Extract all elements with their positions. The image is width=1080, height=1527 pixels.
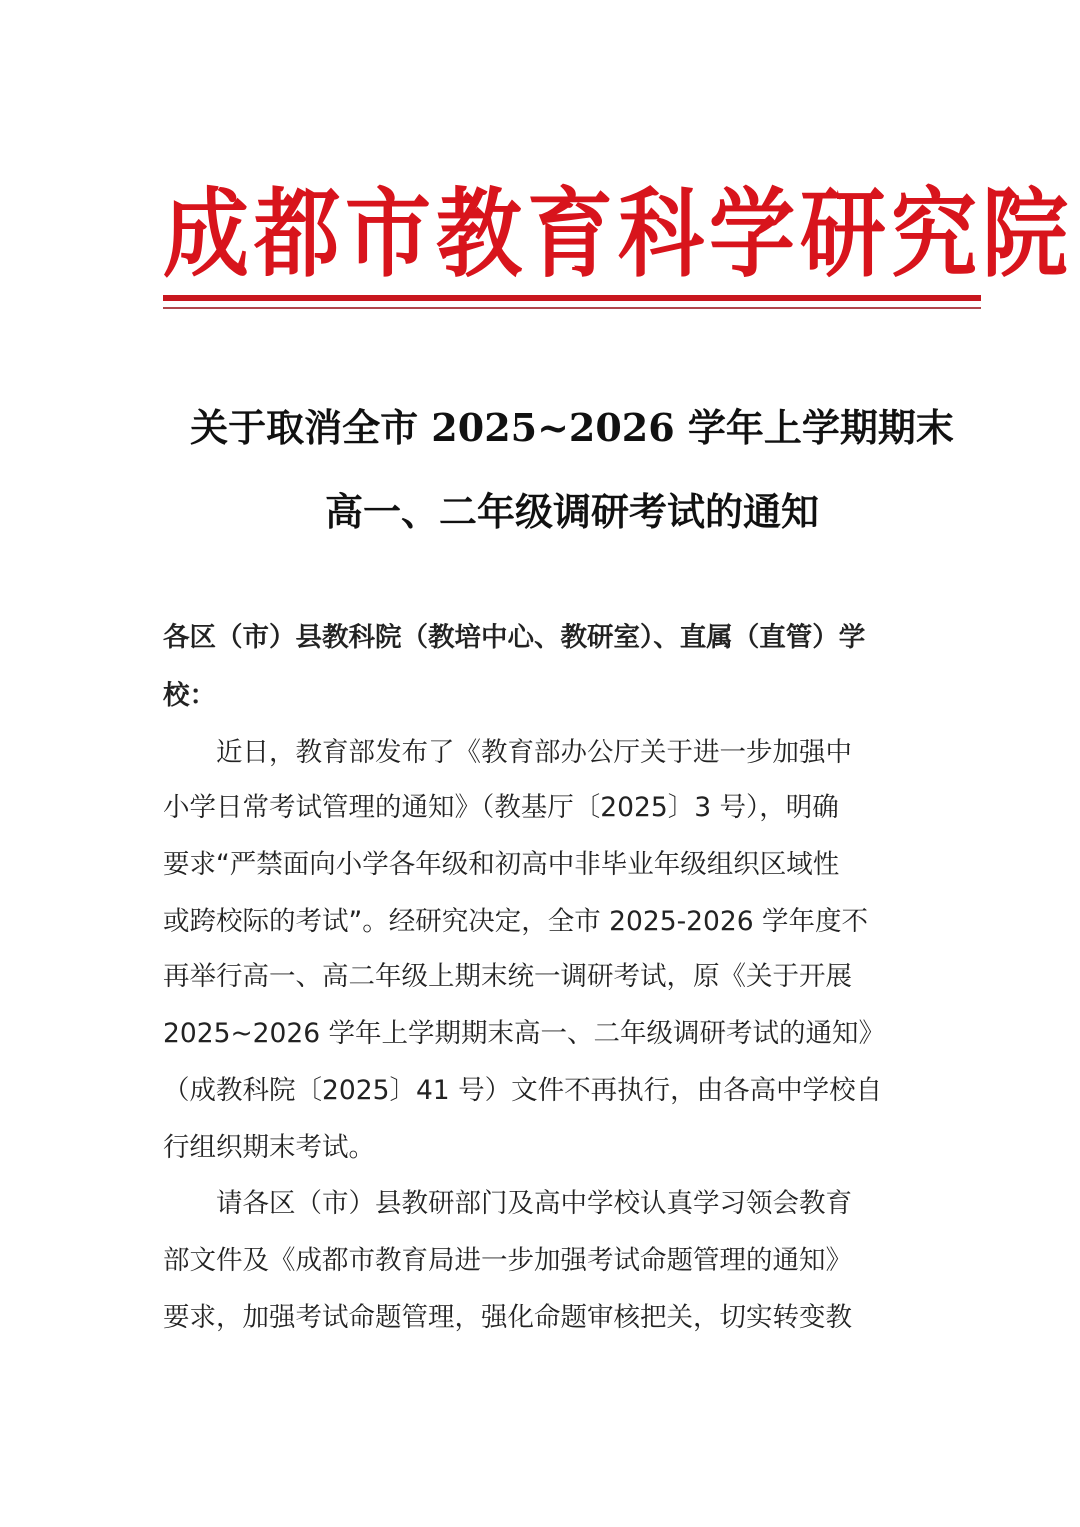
document-title-line-2: 高一、二年级调研考试的通知 (163, 487, 981, 537)
addressee-line-1: 各区（市）县教科院（教培中心、教研室）、直属（直管）学 (163, 618, 915, 658)
paragraph-line: 近日，教育部发布了《教育部办公厅关于进一步加强中 (163, 733, 915, 773)
addressee-line-2: 校： (163, 676, 915, 716)
paragraph-line: 要求“严禁面向小学各年级和初高中非毕业年级组织区域性 (163, 845, 915, 885)
paragraph-line: 请各区（市）县教研部门及高中学校认真学习领会教育 (163, 1184, 915, 1224)
paragraph-line: 小学日常考试管理的通知》（教基厅〔2025〕3 号），明确 (163, 788, 915, 828)
paragraph-line: 或跨校际的考试”。经研究决定，全市 2025-2026 学年度不 (163, 902, 915, 942)
letterhead-organization-name: 成都市教育科学研究院 (163, 185, 981, 285)
paragraph-line: 部文件及《成都市教育局进一步加强考试命题管理的通知》 (163, 1241, 915, 1281)
document-title-line-1: 关于取消全市 2025~2026 学年上学期期末 (163, 403, 981, 453)
paragraph-line: （成教科院〔2025〕41 号）文件不再执行，由各高中学校自 (163, 1071, 915, 1111)
paragraph-line: 要求，加强考试命题管理，强化命题审核把关，切实转变教 (163, 1298, 915, 1338)
paragraph-line: 行组织期末考试。 (163, 1128, 915, 1168)
letterhead-thick-rule (163, 295, 981, 301)
letterhead-text: 成都市教育科学研究院 (163, 179, 981, 291)
paragraph-line: 再举行高一、高二年级上期末统一调研考试，原《关于开展 (163, 957, 915, 997)
letterhead-thin-rule (163, 307, 981, 309)
paragraph-line: 2025~2026 学年上学期期末高一、二年级调研考试的通知》 (163, 1014, 915, 1054)
